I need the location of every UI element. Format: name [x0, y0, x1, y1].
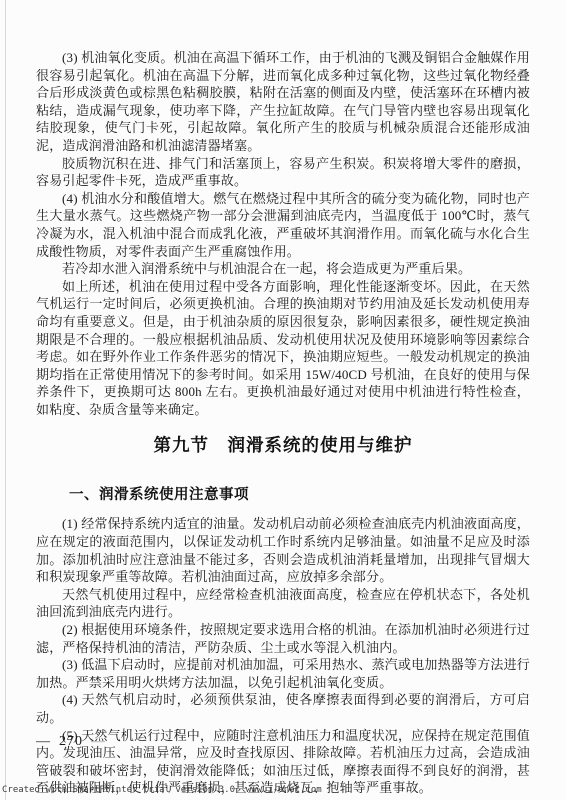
page-number: —270— — [36, 734, 106, 750]
body-paragraph: (2) 根据使用环境条件，按照规定要求选用合格的机油。在添加机油时必须进行过滤，… — [36, 621, 530, 656]
page-body: (3) 机油氧化变质。机油在高温下循环工作，由于机油的飞溅及铜铝合金触媒作用很容… — [36, 49, 530, 797]
scanned-book-page: (3) 机油氧化变质。机油在高温下循环工作，由于机油的飞溅及铜铝合金触媒作用很容… — [0, 0, 566, 800]
body-paragraph: (4) 机油水分和酸值增大。燃气在燃烧过程中其所含的硫分变为硫化物，同时也产生大… — [36, 190, 530, 260]
page-number-dash-left: — — [36, 734, 51, 749]
section-heading: 第九节 润滑系统的使用与维护 — [36, 432, 530, 457]
body-paragraph: 天然气机使用过程中，应经常检查机油液面高度，检查应在停机状态下，各处机油回流到油… — [36, 586, 530, 621]
body-paragraph: (3) 低温下启动时，应提前对机油加温，可采用热水、蒸汽或电加热器等方法进行加热… — [36, 656, 530, 691]
body-paragraph: 若冷却水泄入润滑系统中与机油混合在一起，将会造成更为严重后果。 — [36, 260, 530, 278]
page-number-value: 270 — [51, 734, 91, 749]
body-paragraph: (1) 经常保持系统内适宜的油量。发动机启动前必须检查油底壳内机油液面高度，应在… — [36, 515, 530, 585]
body-paragraph: (4) 天然气机启动时，必须预供泵油，使各摩擦表面得到必要的润滑后，方可启动。 — [36, 691, 530, 726]
subsection-heading: 一、润滑系统使用注意事项 — [36, 483, 530, 504]
page-number-dash-right: — — [91, 734, 106, 749]
body-paragraph: (3) 机油氧化变质。机油在高温下循环工作，由于机油的飞溅及铜铝合金触媒作用很容… — [36, 49, 530, 155]
body-paragraph: 如上所述，机油在使用过程中受各方面影响，理化性能逐渐变坏。因此，在天然气机运行一… — [36, 278, 530, 419]
smartprinter-watermark: Created with SmartPrinter trial version … — [2, 785, 322, 795]
body-paragraph: 胶质物沉积在进、排气门和活塞顶上，容易产生积炭。积炭将增大零件的磨损，容易引起零… — [36, 155, 530, 190]
scan-edge-line — [5, 0, 6, 800]
